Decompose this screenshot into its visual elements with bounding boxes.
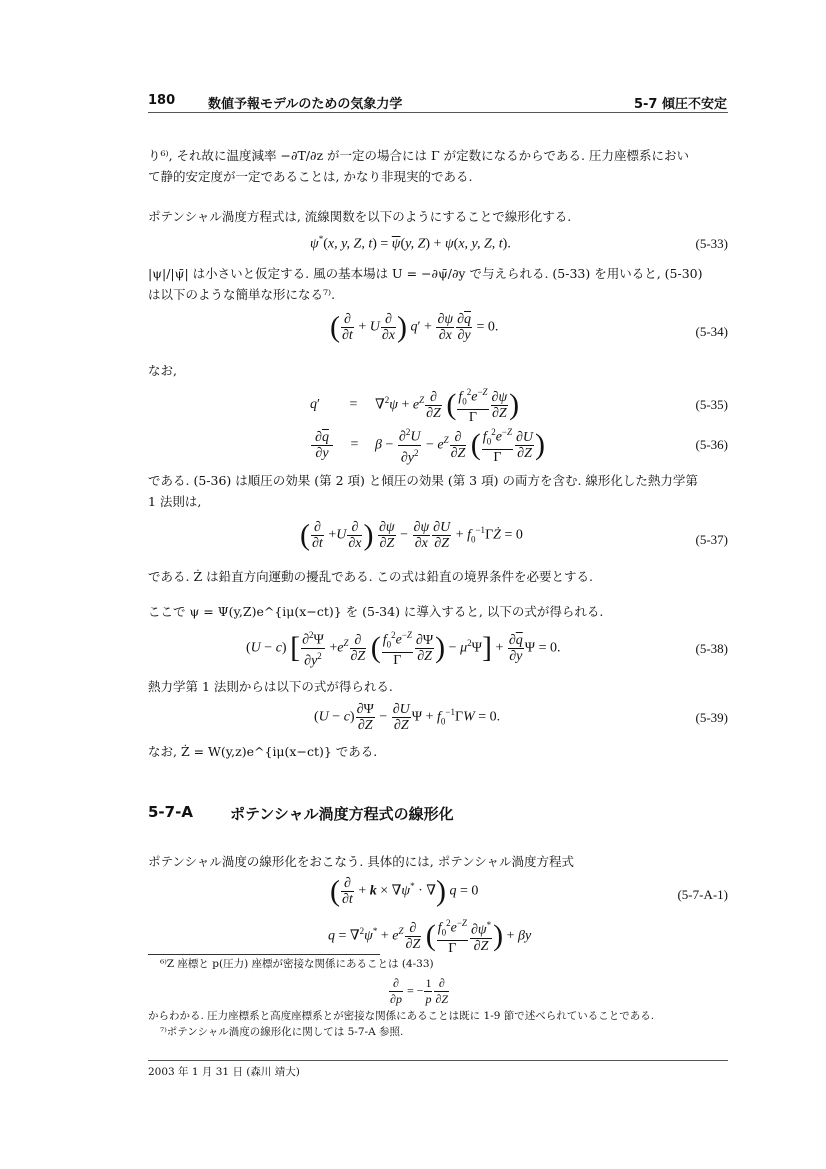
equation-5-34: (∂∂t + U∂∂x) q′ + ∂ψ∂x∂q∂y = 0. (330, 312, 498, 343)
paragraph-10: ポテンシャル渦度の線形化をおこなう. 具体的には, ポテンシャル渦度方程式 (148, 851, 728, 872)
footnote-rule (148, 954, 380, 955)
paragraph-3-line-1: |ψ|/|ψ̄| は小さいと仮定する. 風の基本場は U = −∂ψ̄/∂y で… (148, 263, 728, 284)
page-number: 180 (148, 93, 175, 108)
equation-5-37: (∂∂t +U∂∂x) ∂ψ∂Z − ∂ψ∂x∂U∂Z + f0−1ΓŻ = 0 (300, 520, 523, 551)
paragraph-6: である. Ż は鉛直方向運動の擾乱である. この式は鉛直の境界条件を必要とする. (148, 566, 728, 587)
paragraph-2: ポテンシャル渦度方程式は, 流線関数を以下のようにすることで線形化する. (148, 206, 728, 227)
header-rule (148, 112, 728, 113)
equation-5-39: (U − c)∂Ψ∂Z − ∂U∂ZΨ + f0−1ΓW = 0. (314, 702, 500, 733)
equation-number: (5-38) (696, 641, 729, 657)
equation-number: (5-7-A-1) (677, 887, 728, 903)
paragraph-5-line-2: 1 法則は, (148, 491, 728, 512)
equation-5-35: q′ = ∇2ψ + eZ∂∂Z (f02e−ZΓ∂ψ∂Z) (310, 385, 519, 425)
paragraph-8: 熱力学第 1 法則からは以下の式が得られる. (148, 676, 728, 697)
paragraph-1-line-1: り⁶⁾, それ故に温度減率 −∂T/∂z が一定の場合には Γ が定数になるから… (148, 145, 728, 166)
equation-5-36: ∂q∂y = β − ∂2U∂y2 − eZ∂∂Z (f02e−ZΓ∂U∂Z) (310, 425, 545, 465)
equation-q-definition: q = ∇2ψ* + eZ∂∂Z (f02e−ZΓ∂ψ*∂Z) + βy (328, 916, 531, 956)
paragraph-3-line-2: は以下のような簡単な形になる⁷⁾. (148, 284, 728, 305)
equation-5-7-A-1: (∂∂t + k × ∇ψ* · ∇) q = 0 (330, 876, 478, 907)
section-title: ポテンシャル渦度方程式の線形化 (230, 803, 454, 824)
paragraph-7: ここで ψ = Ψ(y,Z)e^{iμ(x−ct)} を (5-34) に導入す… (148, 601, 728, 622)
paragraph-1-line-2: て静的安定度が一定であることは, かなり非現実的である. (148, 166, 728, 187)
equation-number: (5-39) (696, 710, 729, 726)
footer-rule (148, 1060, 728, 1061)
running-section-title: 5-7 傾圧不安定 (634, 93, 727, 112)
paragraph-4: なお, (148, 360, 728, 381)
footer-date-author: 2003 年 1 月 31 日 (森川 靖大) (148, 1064, 300, 1080)
footnote-6-line-2: からわかる. 圧力座標系と高度座標系とが密接な関係にあることは既に 1-9 節で… (148, 1008, 654, 1024)
footnote-7: ⁷⁾ポテンシャル渦度の線形化に関しては 5-7-A 参照. (160, 1024, 403, 1040)
equation-number: (5-34) (696, 324, 729, 340)
footnote-6-equation: ∂∂p = −1p∂∂Z (388, 976, 450, 1007)
book-title: 数値予報モデルのための気象力学 (208, 93, 402, 112)
equation-number: (5-33) (696, 236, 729, 252)
equation-5-33: ψ*(x, y, Z, t) = ψ(y, Z) + ψ(x, y, Z, t)… (310, 234, 511, 253)
equation-number: (5-37) (696, 532, 729, 548)
equation-5-38: (U − c) [∂2Ψ∂y2 +eZ∂∂Z (f02e−ZΓ∂Ψ∂Z) − μ… (246, 628, 561, 668)
equation-number: (5-36) (696, 437, 729, 453)
paragraph-9: なお, Ż = W(y,z)e^{iμ(x−ct)} である. (148, 741, 728, 762)
paragraph-5-line-1: である. (5-36) は順圧の効果 (第 2 項) と傾圧の効果 (第 3 項… (148, 470, 728, 491)
equation-number: (5-35) (696, 397, 729, 413)
footnote-6-line-1: ⁶⁾Z 座標と p(圧力) 座標が密接な関係にあることは (4-33) (160, 956, 434, 972)
section-number: 5-7-A (148, 803, 193, 821)
